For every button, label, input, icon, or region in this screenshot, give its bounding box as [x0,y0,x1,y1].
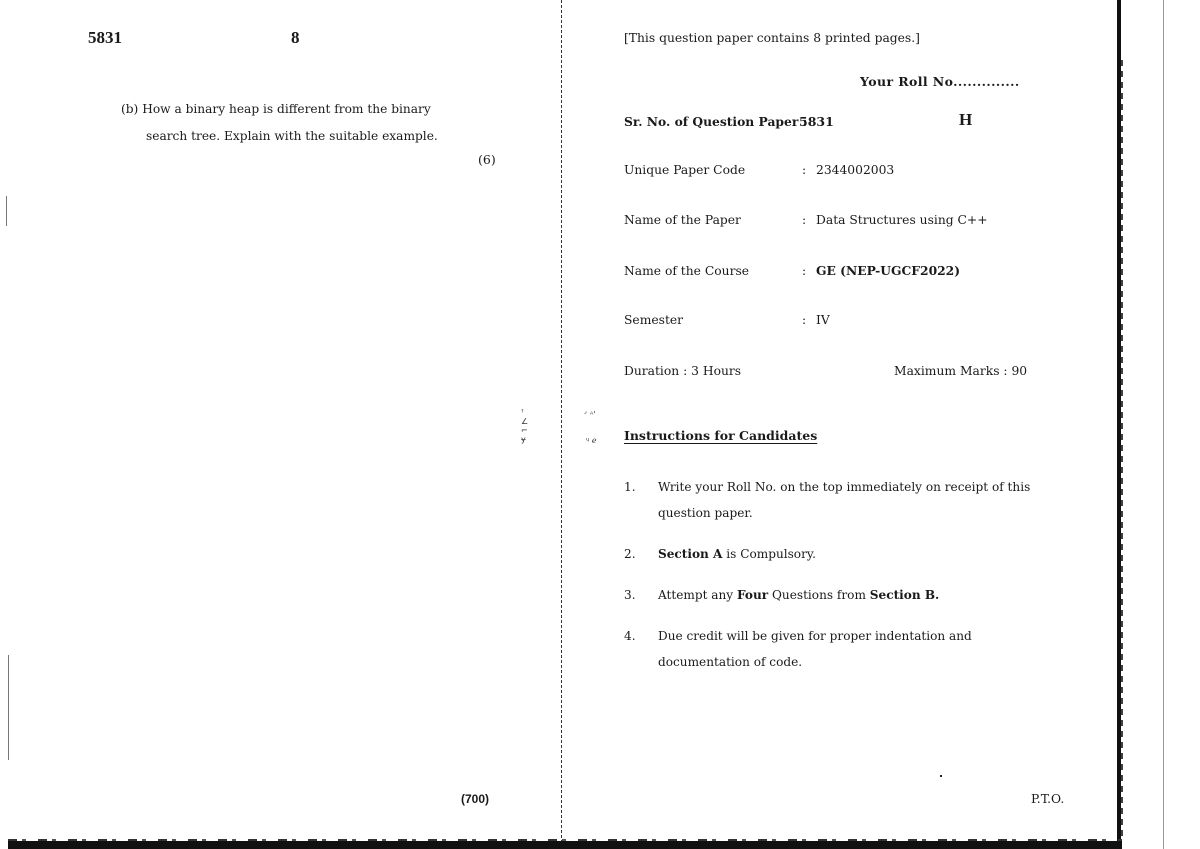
instruction-item: 1.Write your Roll No. on the top immedia… [624,474,1034,526]
info-label: Unique Paper Code [624,163,802,177]
please-turn-over: P.T.O. [1031,792,1064,806]
question-marks: (6) [478,152,496,167]
info-value: 2344002003 [816,163,894,177]
instructions-list: 1.Write your Roll No. on the top immedia… [624,474,1034,690]
page-number: 8 [291,28,300,48]
scan-far-right-line [1163,0,1164,849]
scan-speck [940,775,942,777]
info-label: Semester [624,313,802,327]
left-page: 5831 8 (b) How a binary heap is differen… [0,0,560,843]
duration: Duration : 3 Hours [624,364,741,378]
question-text-line1: How a binary heap is different from the … [142,102,431,116]
info-row-paper-code: Unique Paper Code:2344002003 [624,163,894,177]
info-label: Name of the Paper [624,213,802,227]
maximum-marks: Maximum Marks : 90 [894,364,1027,378]
copies-count: (700) [461,792,489,806]
sr-no-value: 5831 [799,114,834,129]
scan-mark [6,196,7,226]
info-label: Name of the Course [624,264,802,278]
question-label: (b) [121,102,138,116]
sr-no-label: Sr. No. of Question Paper : [624,114,807,129]
scan-bottom-edge [8,841,1122,849]
info-value: IV [816,313,830,327]
scan-right-edge-texture [1120,60,1123,840]
question-text-line2: search tree. Explain with the suitable e… [121,123,501,150]
info-value: Data Structures using C++ [816,213,988,227]
instructions-heading: Instructions for Candidates [624,428,817,443]
right-page: [This question paper contains 8 printed … [562,0,1118,843]
info-row-semester: Semester:IV [624,313,830,327]
info-value: GE (NEP-UGCF2022) [816,263,960,278]
info-row-course-name: Name of the Course:GE (NEP-UGCF2022) [624,263,960,278]
paper-set-letter: H [959,110,972,130]
scan-speck: ꜛ∠⌐ɏ [521,408,528,444]
roll-number-field: Your Roll No.............. [860,74,1020,89]
pages-notice: [This question paper contains 8 printed … [624,31,920,45]
scan-mark [8,655,9,760]
instruction-item: 4.Due credit will be given for proper in… [624,623,1034,675]
instruction-item: 2.Section A is Compulsory. [624,541,1034,567]
info-row-paper-name: Name of the Paper:Data Structures using … [624,213,988,227]
question-b: (b) How a binary heap is different from … [121,96,501,150]
paper-code-header: 5831 [88,28,122,48]
instruction-item: 3.Attempt any Four Questions from Sectio… [624,582,1034,608]
